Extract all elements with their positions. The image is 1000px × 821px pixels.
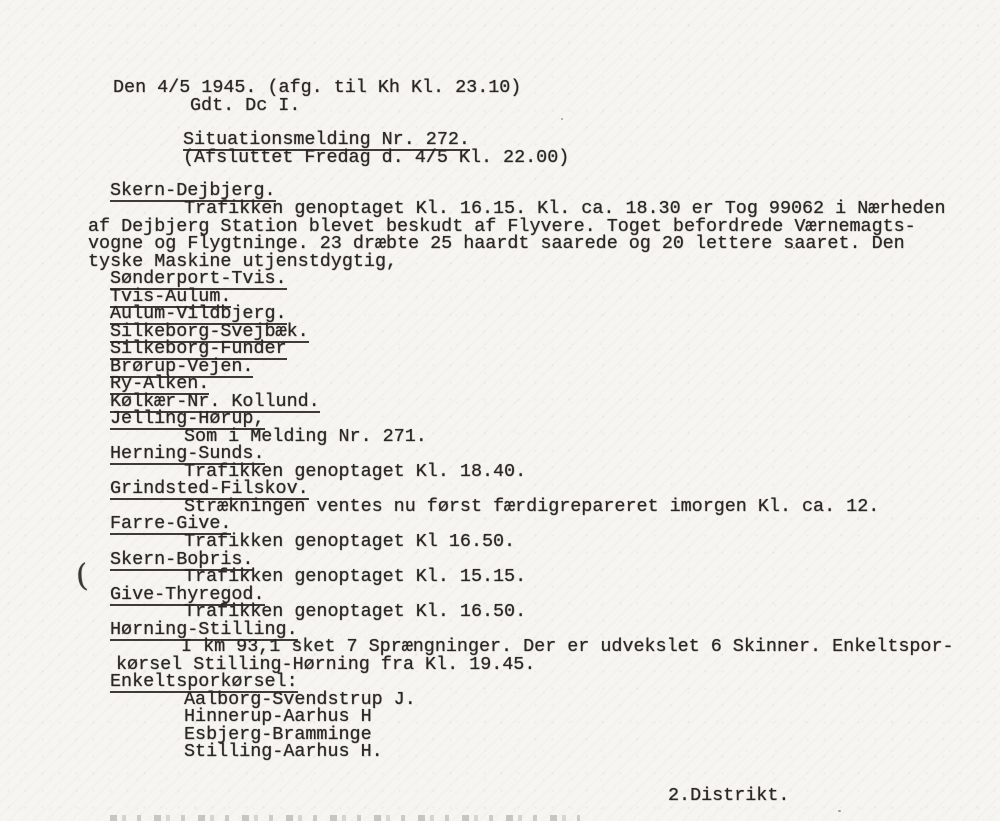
paper-speck bbox=[561, 118, 563, 120]
cutoff-text-remnant bbox=[110, 815, 580, 821]
dateline: Den 4/5 1945. (afg. til Kh Kl. 23.10) bbox=[113, 79, 521, 97]
report-subtitle: (Afsluttet Fredag d. 4/5 Kl. 22.00) bbox=[183, 149, 569, 167]
scanned-document-page: ( Den 4/5 1945. (afg. til Kh Kl. 23.10)G… bbox=[0, 0, 1000, 821]
handwritten-paren-mark: ( bbox=[75, 561, 89, 593]
addressee-line: Gdt. Dc I. bbox=[190, 97, 300, 115]
paper-speck bbox=[838, 810, 841, 812]
list-item: Stilling-Aarhus H. bbox=[184, 743, 383, 761]
signature-line: 2.Distrikt. bbox=[668, 787, 789, 805]
body-line: Strækningen ventes nu først færdigrepare… bbox=[184, 498, 879, 516]
